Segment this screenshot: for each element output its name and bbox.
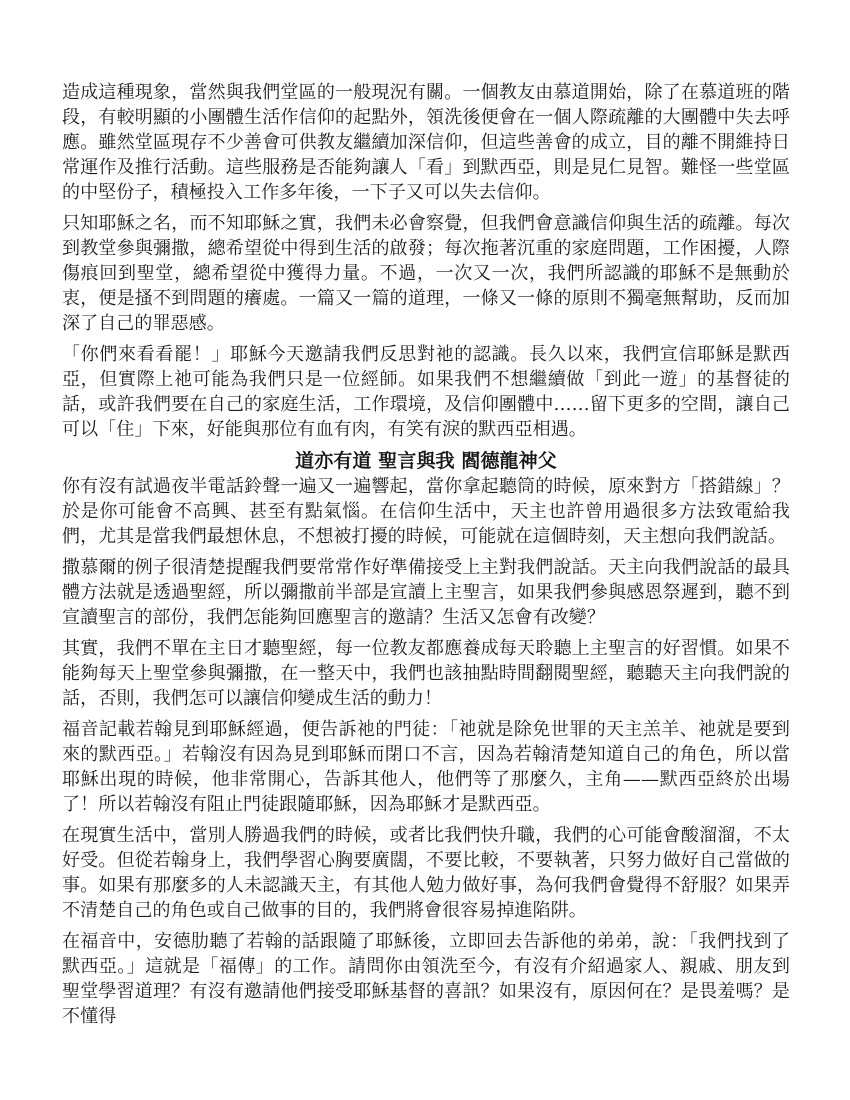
article-paragraph: 造成這種現象，當然與我們堂區的一般現況有關。一個教友由慕道開始，除了在慕道班的階… [62,80,790,205]
article-paragraph: 福音記載若翰見到耶穌經過，便告訴祂的門徒：「祂就是除免世罪的天主羔羊、祂就是要到… [62,717,790,817]
article-paragraph: 撒慕爾的例子很清楚提醒我們要常常作好準備接受上主對我們說話。天主向我們說話的最具… [62,555,790,630]
section-heading: 道亦有道 聖言與我 閻德龍神父 [62,449,790,474]
article-paragraph: 其實，我們不單在主日才聽聖經，每一位教友都應養成每天聆聽上主聖言的好習慣。如果不… [62,636,790,711]
article-paragraph: 你有沒有試過夜半電話鈴聲一遍又一遍響起，當你拿起聽筒的時候，原來對方「搭錯線」？… [62,474,790,549]
article-body: 造成這種現象，當然與我們堂區的一般現況有關。一個教友由慕道開始，除了在慕道班的階… [62,80,790,1029]
article-paragraph: 只知耶穌之名，而不知耶穌之實，我們未必會察覺，但我們會意識信仰與生活的疏離。每次… [62,211,790,336]
article-paragraph: 「你們來看看罷！」耶穌今天邀請我們反思對祂的認識。長久以來，我們宣信耶穌是默西亞… [62,342,790,442]
article-paragraph: 在福音中，安德肋聽了若翰的話跟隨了耶穌後，立即回去告訴他的弟弟，說：「我們找到了… [62,929,790,1029]
document-page: 造成這種現象，當然與我們堂區的一般現況有關。一個教友由慕道開始，除了在慕道班的階… [0,0,850,1100]
article-paragraph: 在現實生活中，當別人勝過我們的時候，或者比我們快升職，我們的心可能會酸溜溜，不太… [62,823,790,923]
